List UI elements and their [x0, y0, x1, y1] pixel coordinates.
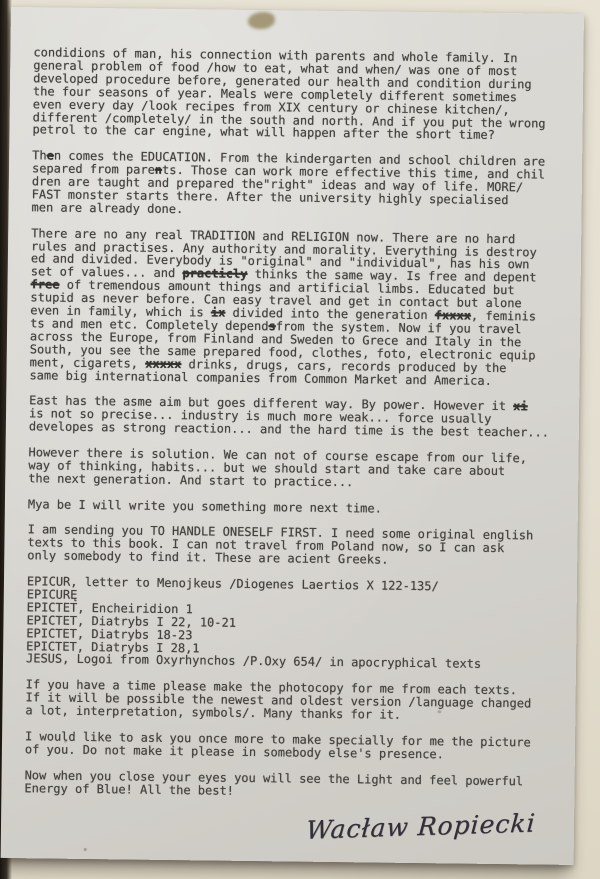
letter-paragraph-picture: I would like to ask you once more to mak…: [25, 730, 561, 762]
letter-paragraph-tradition: There are no any real TRADITION and RELI…: [29, 227, 567, 388]
overstruck-text: n: [155, 163, 162, 177]
letter-paragraph-education: Then comes the EDUCATION. From the kinde…: [31, 150, 568, 221]
overstruck-text: e: [47, 149, 54, 163]
letter-paper: condidions of man, his connection with p…: [1, 7, 584, 865]
paper-speck: [84, 848, 87, 851]
letter-paragraph-closing: Now when you close your eyes you will se…: [24, 769, 560, 801]
letter-paragraph-photocopy: If you have a time please make the photo…: [25, 679, 561, 724]
overstruck-text: free: [31, 278, 60, 292]
handwritten-signature: Wacław Ropiecki: [305, 809, 537, 845]
overstruck-text: xi: [513, 400, 528, 414]
letter-paragraph-next-time: Mya be I will write you something more n…: [28, 498, 564, 517]
overstruck-text: fxxxx: [435, 308, 471, 322]
letter-body: condidions of man, his connection with p…: [1, 7, 584, 801]
letter-paragraph-east: East has the asme aim but goes different…: [29, 395, 565, 440]
letter-paragraph-food: condidions of man, his connection with p…: [32, 46, 569, 143]
overstruck-text: ix: [211, 306, 226, 320]
photo-of-letter: condidions of man, his connection with p…: [0, 0, 600, 879]
signature-row: Wacław Ropiecki: [1, 807, 574, 843]
overstruck-text: s: [268, 319, 275, 333]
letter-paragraph-solution: However there is solution. We can not of…: [28, 446, 564, 491]
overstruck-text: xxxxx: [145, 356, 181, 370]
reading-list: EPICUR, letter to Menojkeus /Diogenes La…: [26, 575, 563, 672]
overstruck-text: practicly: [182, 266, 247, 281]
letter-paragraph-sending: I am sending you TO HANDLE ONESELF FIRST…: [27, 524, 563, 569]
